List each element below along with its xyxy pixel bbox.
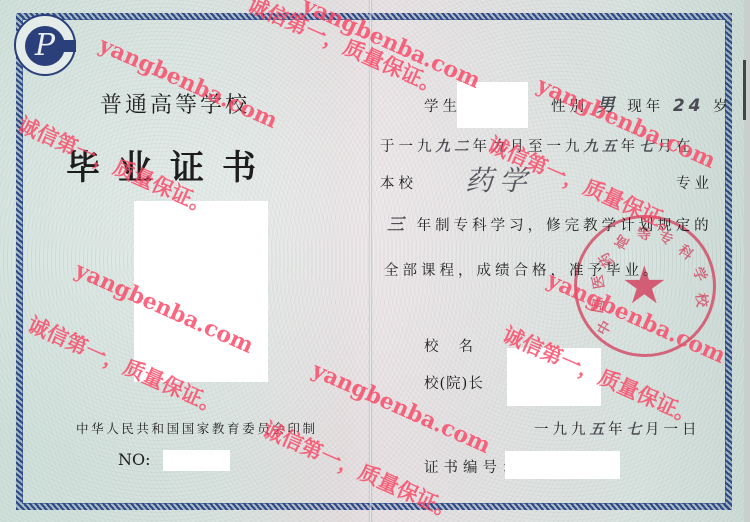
issuer-text: 中华人民共和国国家教育委员会印制	[76, 419, 318, 437]
school-type-heading: 普通高等学校	[100, 88, 250, 119]
program-text: 年制专科学习，修完教学计划规定的	[417, 218, 713, 234]
serial-number-label: NO:	[118, 450, 151, 469]
end-year-value: 九五	[584, 139, 621, 155]
gender-value: 男	[597, 95, 619, 116]
student-name-redacted	[457, 82, 528, 128]
certificate-title: 毕业证书	[66, 140, 274, 189]
school-prefix: 本校	[380, 172, 417, 193]
photo-placeholder	[134, 201, 268, 382]
major-value: 药学	[465, 159, 533, 199]
center-fold	[369, 0, 372, 522]
gender-label: 性别	[551, 99, 588, 115]
date-year-char: 年	[608, 422, 627, 438]
period-prefix: 于一九	[380, 139, 436, 155]
start-year-value: 九二	[436, 139, 473, 155]
official-seal: ★ 中 国 医 药 高 等 专 科 学 校	[574, 215, 716, 357]
major-suffix: 专业	[676, 172, 713, 193]
date-month-value: 七	[627, 422, 646, 438]
period-mid: 月至一九	[510, 139, 584, 155]
date-year-value: 五	[590, 422, 609, 438]
study-period-line: 于一九九二年九月至一九九五年七月在	[380, 135, 695, 156]
date-day-char: 日	[682, 422, 701, 438]
school-name-label: 校名	[424, 335, 493, 356]
period-suffix: 月在	[658, 139, 695, 155]
program-years-value: 三	[387, 215, 408, 235]
president-label: 校(院)长	[424, 372, 484, 393]
serial-number-redacted	[163, 450, 230, 471]
completion-line: 全部课程，成绩合格，准予毕业。	[384, 259, 662, 280]
issue-date: 一九九五年七月一日	[534, 418, 701, 439]
page-edge-shadow	[743, 60, 746, 120]
school-name-president-redacted	[507, 348, 601, 406]
age-value: 24	[673, 96, 705, 116]
end-month-value: 七	[639, 139, 658, 155]
logo-emblem-icon: P	[14, 14, 76, 76]
age-unit: 岁	[713, 99, 732, 115]
logo-letter: P	[25, 26, 65, 66]
date-month-char: 月	[645, 422, 664, 438]
logo-tab	[62, 40, 76, 52]
date-prefix: 一九九	[534, 422, 590, 438]
age-label: 现年	[627, 99, 664, 115]
year-char: 年	[473, 139, 492, 155]
seal-text: 中 国 医 药 高 等 专 科 学 校	[577, 218, 713, 354]
start-month-value: 九	[491, 139, 510, 155]
student-label: 学生	[424, 99, 461, 115]
certificate-number-redacted	[505, 451, 620, 479]
program-line: 三 年制专科学习，修完教学计划规定的	[387, 210, 713, 235]
year-char-2: 年	[621, 139, 640, 155]
date-day-value: 一	[664, 422, 683, 438]
